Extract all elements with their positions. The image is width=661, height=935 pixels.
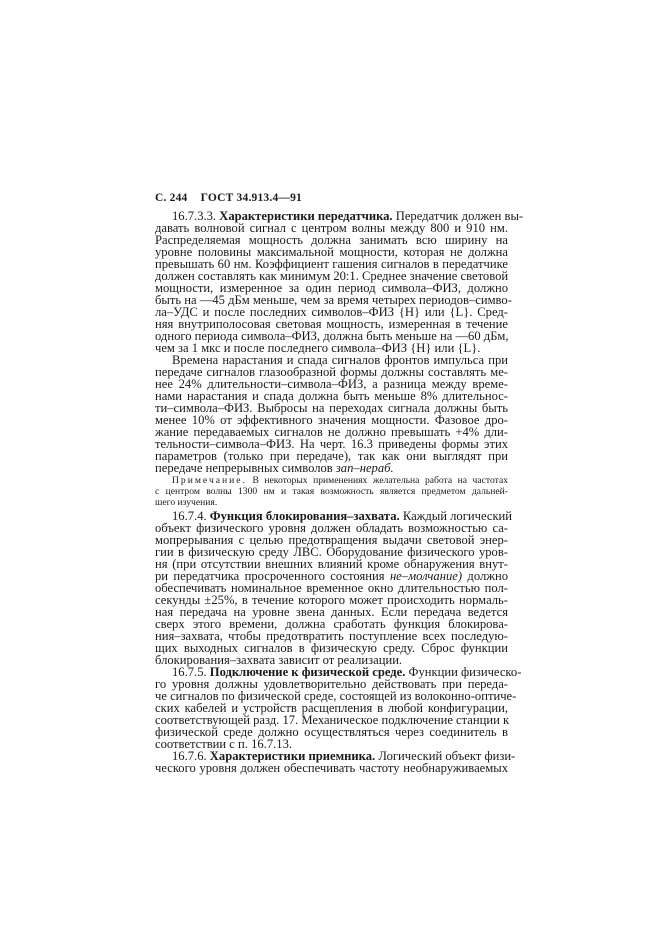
standard-code: ГОСТ 34.913.4—91: [201, 192, 302, 204]
text-line: ческого уровня должен обеспечивать часто…: [155, 762, 508, 774]
note-text: В некоторых применениях желательна работ…: [253, 475, 509, 486]
page-header: С. 244 ГОСТ 34.913.4—91: [155, 192, 312, 204]
page-number: С. 244: [155, 192, 188, 204]
note-line: с центром волны 1300 нм и такая возможно…: [155, 487, 508, 497]
document-page: С. 244 ГОСТ 34.913.4—91 16.7.3.3. Характ…: [0, 0, 661, 935]
text-line: передаче непрерывных символов зап–нераб.: [155, 462, 508, 474]
italic-term: зап–нераб.: [336, 461, 394, 475]
text-fragment: передаче непрерывных символов: [155, 461, 336, 475]
note-label: Примечание.: [172, 475, 247, 486]
note-line: шего изучения.: [155, 498, 508, 508]
note-line: Примечание. В некоторых применениях жела…: [172, 476, 508, 486]
